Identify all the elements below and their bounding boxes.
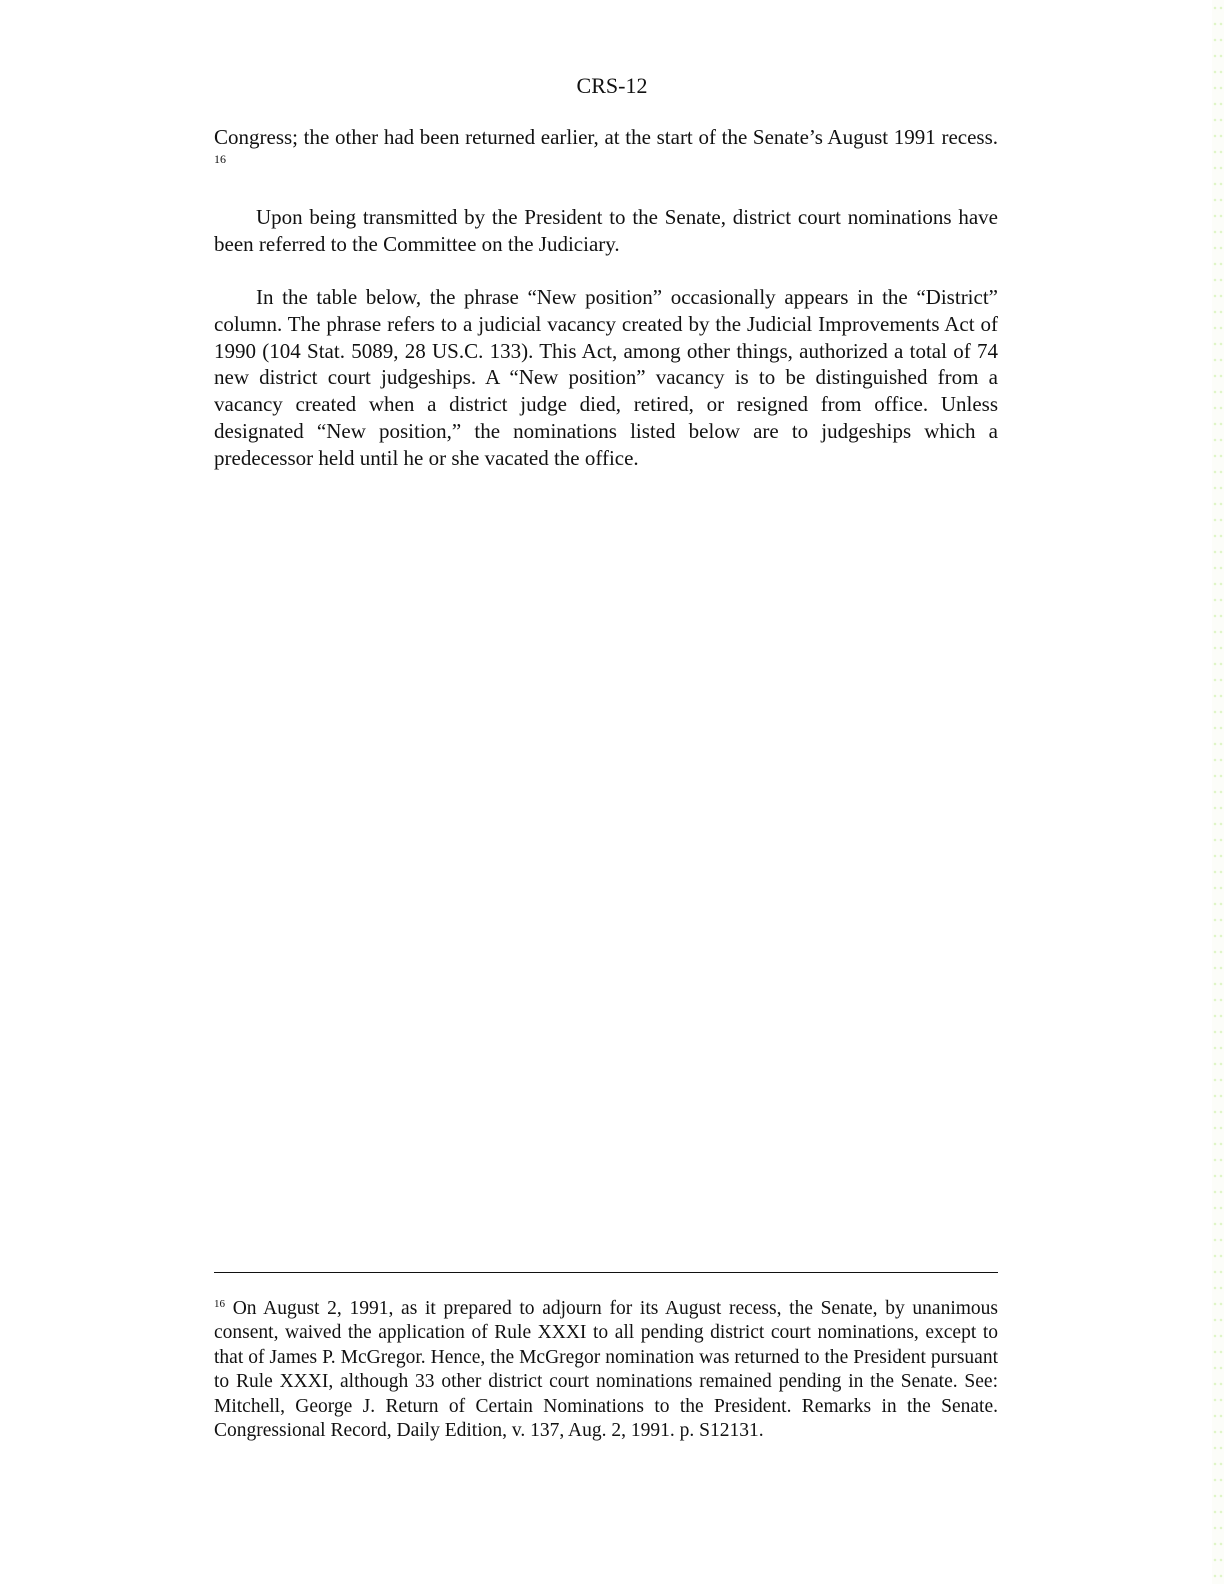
footnote-separator — [214, 1272, 998, 1273]
paragraph-text: Congress; the other had been returned ea… — [214, 125, 998, 149]
footnote-text: On August 2, 1991, as it prepared to adj… — [214, 1298, 998, 1441]
paragraph-text: In the table below, the phrase “New posi… — [214, 284, 998, 472]
body-paragraph-referral: Upon being transmitted by the President … — [214, 204, 998, 258]
footnote-16: 16 On August 2, 1991, as it prepared to … — [214, 1297, 998, 1443]
paragraph-text: Upon being transmitted by the President … — [214, 204, 998, 258]
footnote-reference[interactable]: 16 — [214, 152, 226, 166]
footnote-number: 16 — [214, 1298, 225, 1310]
scan-edge-strip — [1212, 0, 1224, 1584]
body-paragraph-continuation: Congress; the other had been returned ea… — [214, 124, 998, 178]
body-paragraph-new-position: In the table below, the phrase “New posi… — [214, 284, 998, 472]
page-number-header: CRS-12 — [0, 72, 1224, 100]
